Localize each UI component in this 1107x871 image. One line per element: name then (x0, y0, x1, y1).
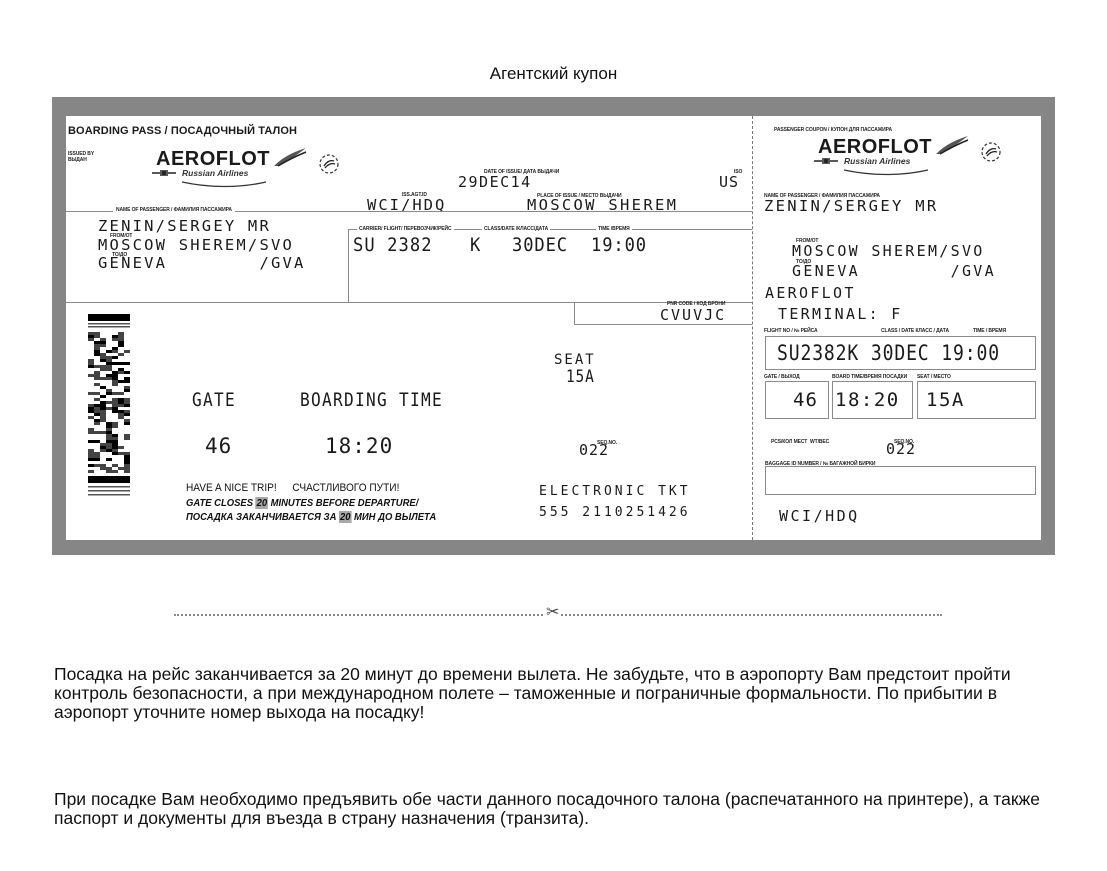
coupon-board-time: 18:20 (835, 389, 900, 411)
coupon-gate: 46 (793, 389, 818, 411)
coupon-flight-no-label: FLIGHT NO / № РЕЙСА (764, 328, 818, 334)
scissors-icon: ✂ (545, 603, 560, 623)
barcode (88, 314, 132, 498)
gate-closes-ru: ПОСАДКА ЗАКАНЧИВАЕТСЯ ЗА 20 МИН ДО ВЫЛЕТ… (186, 511, 436, 523)
boarding-time-label: BOARDING TIME (300, 389, 443, 411)
tear-line (752, 116, 753, 540)
skyteam-icon (980, 141, 1002, 163)
coupon-baggage-box (765, 466, 1036, 495)
hammer-sickle-wing-icon (152, 169, 176, 177)
to-city: GENEVA /GVA (98, 254, 306, 272)
coupon-flight-value: SU2382K 30DEC 19:00 (777, 341, 1000, 365)
class-date-label: CLASS/DATE /КЛАСС/ДАТА (482, 226, 550, 232)
page-title: Агентский купон (0, 64, 1107, 84)
info-paragraph-boarding: Посадка на рейс заканчивается за 20 мину… (54, 665, 1054, 722)
seq-no: 022 (579, 441, 609, 459)
coupon-class-date-label: CLASS / DATE КЛАСС / ДАТА (881, 328, 949, 334)
gate-closes-en: GATE CLOSES 20 MINUTES BEFORE DEPARTURE/ (186, 497, 418, 509)
aeroflot-wing-icon (934, 134, 970, 156)
coupon-seat-label: SEAT / МЕСТО (917, 374, 951, 380)
from-city: MOSCOW SHEREM/SVO (98, 236, 294, 254)
coupon-board-time-label: BOARD TIME/ВРЕМЯ ПОСАДКИ (832, 374, 907, 380)
nice-trip-message: HAVE A NICE TRIP! СЧАСТЛИВОГО ПУТИ! (186, 482, 399, 494)
nice-trip-en: HAVE A NICE TRIP! (186, 482, 277, 494)
nice-trip-ru: СЧАСТЛИВОГО ПУТИ! (292, 482, 399, 494)
coupon-time-label: TIME / ВРЕМЯ (973, 328, 1006, 334)
flight-time: 19:00 (591, 234, 647, 256)
coupon-from-city: MOSCOW SHEREM/SVO (792, 242, 985, 260)
gate-number: 46 (205, 434, 232, 458)
seat-label: SEAT (554, 352, 596, 368)
date-of-issue: 29DEC14 (458, 173, 532, 191)
pnr-code: CVUVJC (660, 306, 726, 324)
carrier-flight-label: CARRIER/ FLIGHT/ ПЕРЕВОЗЧИК/РЕЙС (357, 226, 454, 232)
coupon-agent: WCI/HDQ (779, 507, 860, 525)
seat-number: 15A (566, 367, 595, 387)
booking-class: K (470, 234, 480, 256)
skyteam-icon (318, 153, 340, 175)
iso-country: US (719, 173, 739, 191)
coupon-gate-label: GATE / ВЫХОД (764, 374, 800, 380)
coupon-passenger-name: ZENIN/SERGEY MR (764, 197, 938, 215)
electronic-ticket-label: ELECTRONIC TKT (539, 484, 691, 499)
coupon-terminal: TERMINAL: F (778, 305, 903, 323)
time-label: TIME /ВРЕМЯ (596, 226, 632, 232)
ticket-number: 555 2110251426 (539, 505, 691, 520)
boarding-pass-header: BOARDING PASS / ПОСАДОЧНЫЙ ТАЛОН (68, 125, 297, 137)
passenger-name-label: NAME OF PASSENGER / ФАМИЛИЯ ПАССАЖИРА (113, 207, 235, 213)
coupon-seq-no: 022 (886, 440, 916, 458)
coupon-header: PASSENGER COUPON / КУПОН ДЛЯ ПАССАЖИРА (774, 127, 892, 133)
hammer-sickle-wing-icon (814, 157, 838, 165)
coupon-carrier: AEROFLOT (765, 284, 856, 302)
aeroflot-logo: AEROFLOT Russian Airlines (150, 146, 350, 191)
issued-by-label: ISSUED BY ВЫДАН (68, 151, 94, 163)
coupon-wt-label: WT/ВЕС (810, 439, 829, 445)
aeroflot-wing-icon (272, 146, 308, 168)
coupon-seat: 15A (926, 389, 965, 411)
logo-swoosh-icon (180, 180, 268, 188)
logo-swoosh-icon (842, 168, 930, 176)
boarding-time: 18:20 (325, 434, 393, 458)
gate-label: GATE (192, 389, 236, 411)
flight-date: 30DEC (512, 234, 568, 256)
coupon-pcs-label: PCS/КОЛ МЕСТ (771, 439, 807, 445)
coupon-aeroflot-logo: AEROFLOT Russian Airlines (812, 134, 1012, 179)
carrier-flight: SU 2382 (353, 234, 433, 256)
coupon-to-city: GENEVA /GVA (792, 262, 996, 280)
info-paragraph-documents: При посадке Вам необходимо предъявить об… (54, 790, 1054, 828)
